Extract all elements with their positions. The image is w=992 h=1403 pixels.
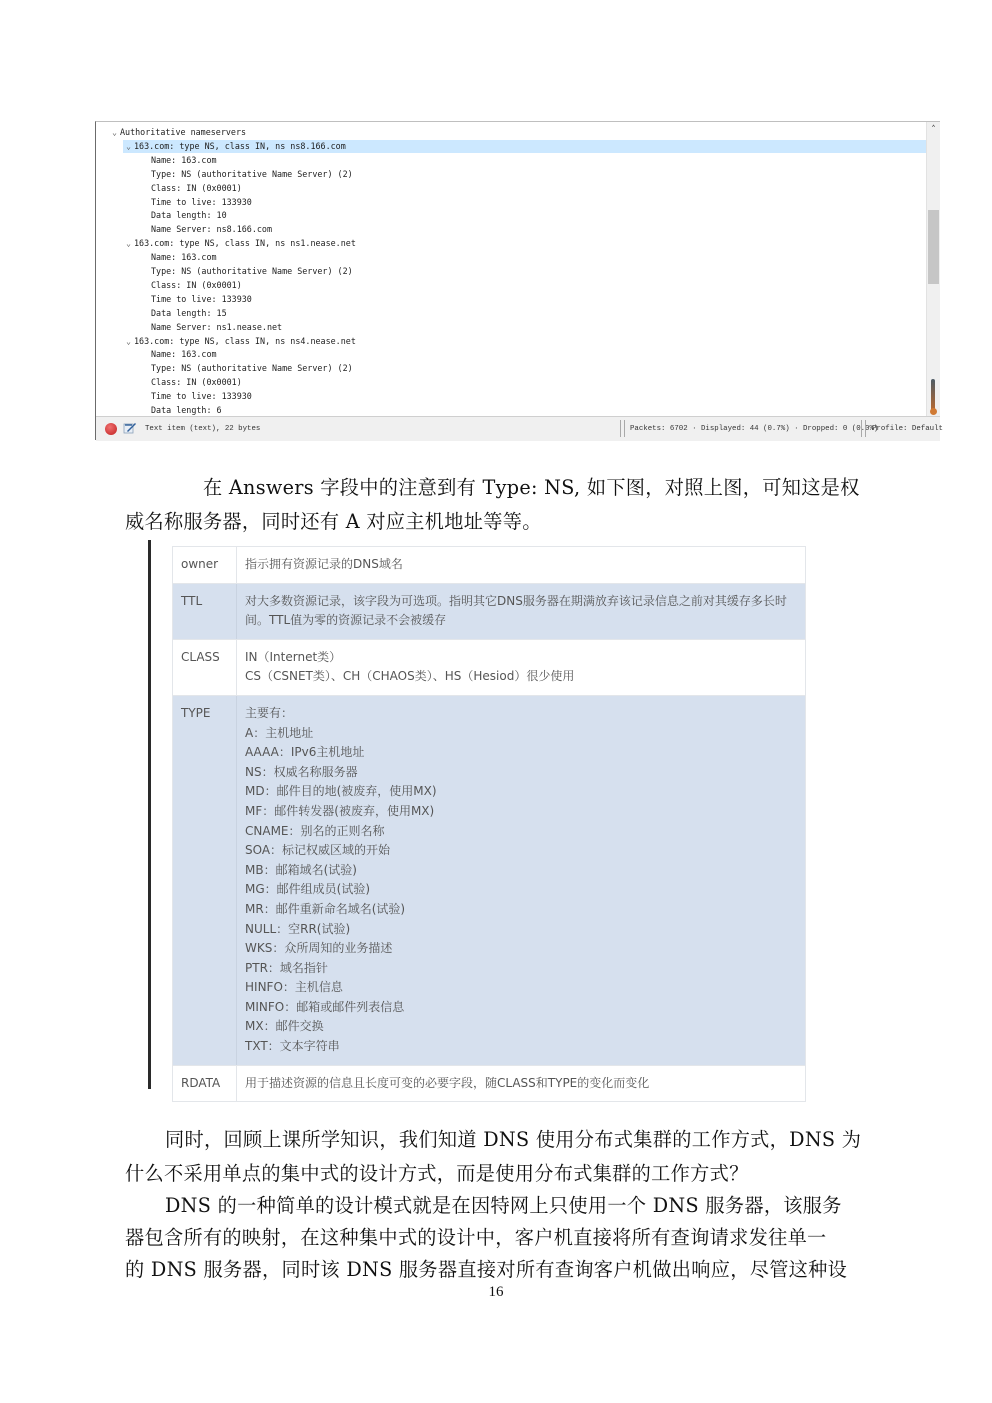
table-row: TTL对大多数资源记录，该字段为可选项。指明其它DNS服务器在期满放弃该记录信息… <box>173 583 806 639</box>
field-description-line: MB：邮箱域名(试验) <box>245 861 799 881</box>
status-item-info: Text item (text), 22 bytes <box>145 417 260 441</box>
tree-field-row[interactable]: Name Server: ns1.nease.net <box>151 321 282 334</box>
tree-row-label: Type: NS (authoritative Name Server) (2) <box>151 169 353 179</box>
status-profile[interactable]: Profile: Default <box>872 417 943 441</box>
tree-field-row[interactable]: Data length: 10 <box>151 209 227 222</box>
tree-row-label: Name: 163.com <box>151 349 217 359</box>
tree-row-label: Name Server: ns8.166.com <box>151 224 272 234</box>
tree-field-row[interactable]: Time to live: 133930 <box>151 196 252 209</box>
tree-row-label: Class: IN (0x0001) <box>151 377 242 387</box>
tree-row-label: Class: IN (0x0001) <box>151 280 242 290</box>
tree-field-row[interactable]: Class: IN (0x0001) <box>151 279 242 292</box>
field-name-cell: TTL <box>173 583 237 639</box>
field-name: owner <box>181 555 236 575</box>
tree-row-label: Type: NS (authoritative Name Server) (2) <box>151 266 353 276</box>
tree-row-label: Authoritative nameservers <box>120 127 246 137</box>
status-separator[interactable] <box>620 420 625 437</box>
field-description-line: PTR：域名指针 <box>245 959 799 979</box>
field-description-cell: 指示拥有资源记录的DNS域名 <box>237 547 806 584</box>
body-paragraph-line: DNS 的一种简单的设计模式就是在因特网上只使用一个 DNS 服务器，该服务 <box>165 1189 842 1223</box>
field-description-line: HINFO：主机信息 <box>245 978 799 998</box>
field-description-line: MF：邮件转发器(被废弃，使用MX) <box>245 802 799 822</box>
tree-row-label: Time to live: 133930 <box>151 294 252 304</box>
tree-field-row[interactable]: Name: 163.com <box>151 251 217 264</box>
tree-field-row[interactable]: Name: 163.com <box>151 348 217 361</box>
field-name: TTL <box>181 592 236 612</box>
field-name-cell: owner <box>173 547 237 584</box>
body-paragraph-line: 在 Answers 字段中的注意到有 Type: NS, 如下图，对照上图，可知… <box>203 471 860 505</box>
field-description-line: CS（CSNET类）、CH（CHAOS类）、HS（Hesiod）很少使用 <box>245 667 799 687</box>
field-description-cell: 用于描述资源的信息且长度可变的必要字段，随CLASS和TYPE的变化而变化 <box>237 1065 806 1102</box>
field-description-cell: IN（Internet类）CS（CSNET类）、CH（CHAOS类）、HS（He… <box>237 639 806 695</box>
field-name: RDATA <box>181 1074 236 1094</box>
field-description-line: NS：权威名称服务器 <box>245 763 799 783</box>
field-description-line: AAAA：IPv6主机地址 <box>245 743 799 763</box>
tree-row-label: Name: 163.com <box>151 155 217 165</box>
tree-field-row[interactable]: Type: NS (authoritative Name Server) (2) <box>151 168 353 181</box>
tree-field-row[interactable]: Name: 163.com <box>151 154 217 167</box>
scrollbar-thumb[interactable] <box>928 210 939 284</box>
vertical-scrollbar[interactable]: ˄ <box>926 122 940 416</box>
tree-row-label: Data length: 6 <box>151 405 222 415</box>
tree-row-label: 163.com: type NS, class IN, ns ns8.166.c… <box>134 141 346 151</box>
field-description-line: MR：邮件重新命名域名(试验) <box>245 900 799 920</box>
status-packet-counts: Packets: 6702 · Displayed: 44 (0.7%) · D… <box>630 417 878 441</box>
field-description-line: A：主机地址 <box>245 724 799 744</box>
body-paragraph-line: 的 DNS 服务器，同时该 DNS 服务器直接对所有查询客户机做出响应，尽管这种… <box>125 1253 847 1287</box>
tree-node-expandable[interactable]: ⌄163.com: type NS, class IN, ns ns8.166.… <box>123 140 926 153</box>
field-description-line: MINFO：邮箱或邮件列表信息 <box>245 998 799 1018</box>
tree-row-label: Data length: 10 <box>151 210 227 220</box>
field-description-line: SOA：标记权威区域的开始 <box>245 841 799 861</box>
wireshark-screenshot: ⌄Authoritative nameservers⌄163.com: type… <box>95 121 940 440</box>
tree-node-expandable[interactable]: ⌄163.com: type NS, class IN, ns ns1.neas… <box>123 237 356 250</box>
field-description-line: 间。TTL值为零的资源记录不会被缓存 <box>245 611 799 631</box>
field-name-cell: RDATA <box>173 1065 237 1102</box>
dns-resource-record-table: owner指示拥有资源记录的DNS域名TTL对大多数资源记录，该字段为可选项。指… <box>172 546 806 1102</box>
tree-row-label: Time to live: 133930 <box>151 391 252 401</box>
field-description-cell: 对大多数资源记录，该字段为可选项。指明其它DNS服务器在期满放弃该记录信息之前对… <box>237 583 806 639</box>
field-description-line: CNAME：别名的正则名称 <box>245 822 799 842</box>
tree-row-label: Data length: 15 <box>151 308 227 318</box>
field-name: CLASS <box>181 648 236 668</box>
tree-node-expandable[interactable]: ⌄Authoritative nameservers <box>109 126 246 139</box>
status-separator[interactable] <box>861 420 866 437</box>
edit-comment-icon[interactable] <box>123 421 137 435</box>
chevron-down-icon[interactable]: ⌄ <box>123 140 134 153</box>
field-description-line: 对大多数资源记录，该字段为可选项。指明其它DNS服务器在期满放弃该记录信息之前对… <box>245 592 799 612</box>
field-name-cell: TYPE <box>173 695 237 1065</box>
tree-row-label: 163.com: type NS, class IN, ns ns4.nease… <box>134 336 356 346</box>
field-name: TYPE <box>181 704 236 724</box>
tree-field-row[interactable]: Data length: 15 <box>151 307 227 320</box>
tree-node-expandable[interactable]: ⌄163.com: type NS, class IN, ns ns4.neas… <box>123 335 356 348</box>
tree-field-row[interactable]: Time to live: 133930 <box>151 390 252 403</box>
table-row: RDATA用于描述资源的信息且长度可变的必要字段，随CLASS和TYPE的变化而… <box>173 1065 806 1102</box>
field-description-cell: 主要有：A：主机地址AAAA：IPv6主机地址NS：权威名称服务器MD：邮件目的… <box>237 695 806 1065</box>
tree-row-label: Name Server: ns1.nease.net <box>151 322 282 332</box>
field-description-line: TXT：文本字符串 <box>245 1037 799 1057</box>
packet-details-tree[interactable]: ⌄Authoritative nameservers⌄163.com: type… <box>96 122 926 416</box>
page-number: 16 <box>0 1284 992 1301</box>
tree-row-label: 163.com: type NS, class IN, ns ns1.nease… <box>134 238 356 248</box>
field-name-cell: CLASS <box>173 639 237 695</box>
chevron-down-icon[interactable]: ⌄ <box>109 126 120 139</box>
chevron-down-icon[interactable]: ⌄ <box>123 237 134 250</box>
figure-left-border <box>148 540 151 1089</box>
field-description-line: 用于描述资源的信息且长度可变的必要字段，随CLASS和TYPE的变化而变化 <box>245 1074 799 1094</box>
field-description-line: IN（Internet类） <box>245 648 799 668</box>
chevron-up-icon[interactable]: ˄ <box>927 125 940 135</box>
tree-row-label: Type: NS (authoritative Name Server) (2) <box>151 363 353 373</box>
field-description-line: 指示拥有资源记录的DNS域名 <box>245 555 799 575</box>
body-paragraph-line: 器包含所有的映射，在这种集中式的设计中，客户机直接将所有查询请求发往单一 <box>125 1221 827 1255</box>
tree-field-row[interactable]: Data length: 6 <box>151 404 222 416</box>
record-stop-icon[interactable] <box>105 423 117 435</box>
body-paragraph-line: 同时，回顾上课所学知识，我们知道 DNS 使用分布式集群的工作方式，DNS 为 <box>165 1123 861 1157</box>
tree-row-label: Name: 163.com <box>151 252 217 262</box>
field-description-line: WKS：众所周知的业务描述 <box>245 939 799 959</box>
tree-field-row[interactable]: Type: NS (authoritative Name Server) (2) <box>151 362 353 375</box>
minimap-marker <box>930 408 937 415</box>
field-description-line: MX：邮件交换 <box>245 1017 799 1037</box>
field-description-line: MG：邮件组成员(试验) <box>245 880 799 900</box>
field-description-line: MD：邮件目的地(被废弃，使用MX) <box>245 782 799 802</box>
tree-field-row[interactable]: Type: NS (authoritative Name Server) (2) <box>151 265 353 278</box>
field-description-line: NULL：空RR(试验) <box>245 920 799 940</box>
tree-field-row[interactable]: Name Server: ns8.166.com <box>151 223 272 236</box>
tree-field-row[interactable]: Class: IN (0x0001) <box>151 376 242 389</box>
table-row: CLASSIN（Internet类）CS（CSNET类）、CH（CHAOS类）、… <box>173 639 806 695</box>
chevron-down-icon[interactable]: ⌄ <box>123 335 134 348</box>
status-bar: Text item (text), 22 bytes Packets: 6702… <box>96 416 940 441</box>
tree-field-row[interactable]: Time to live: 133930 <box>151 293 252 306</box>
body-paragraph-line: 什么不采用单点的集中式的设计方式，而是使用分布式集群的工作方式？ <box>125 1157 749 1191</box>
table-row: TYPE主要有：A：主机地址AAAA：IPv6主机地址NS：权威名称服务器MD：… <box>173 695 806 1065</box>
tree-row-label: Class: IN (0x0001) <box>151 183 242 193</box>
body-paragraph-line: 威名称服务器，同时还有 A 对应主机地址等等。 <box>125 505 542 539</box>
tree-field-row[interactable]: Class: IN (0x0001) <box>151 182 242 195</box>
field-description-line: 主要有： <box>245 704 799 724</box>
tree-row-label: Time to live: 133930 <box>151 197 252 207</box>
table-row: owner指示拥有资源记录的DNS域名 <box>173 547 806 584</box>
